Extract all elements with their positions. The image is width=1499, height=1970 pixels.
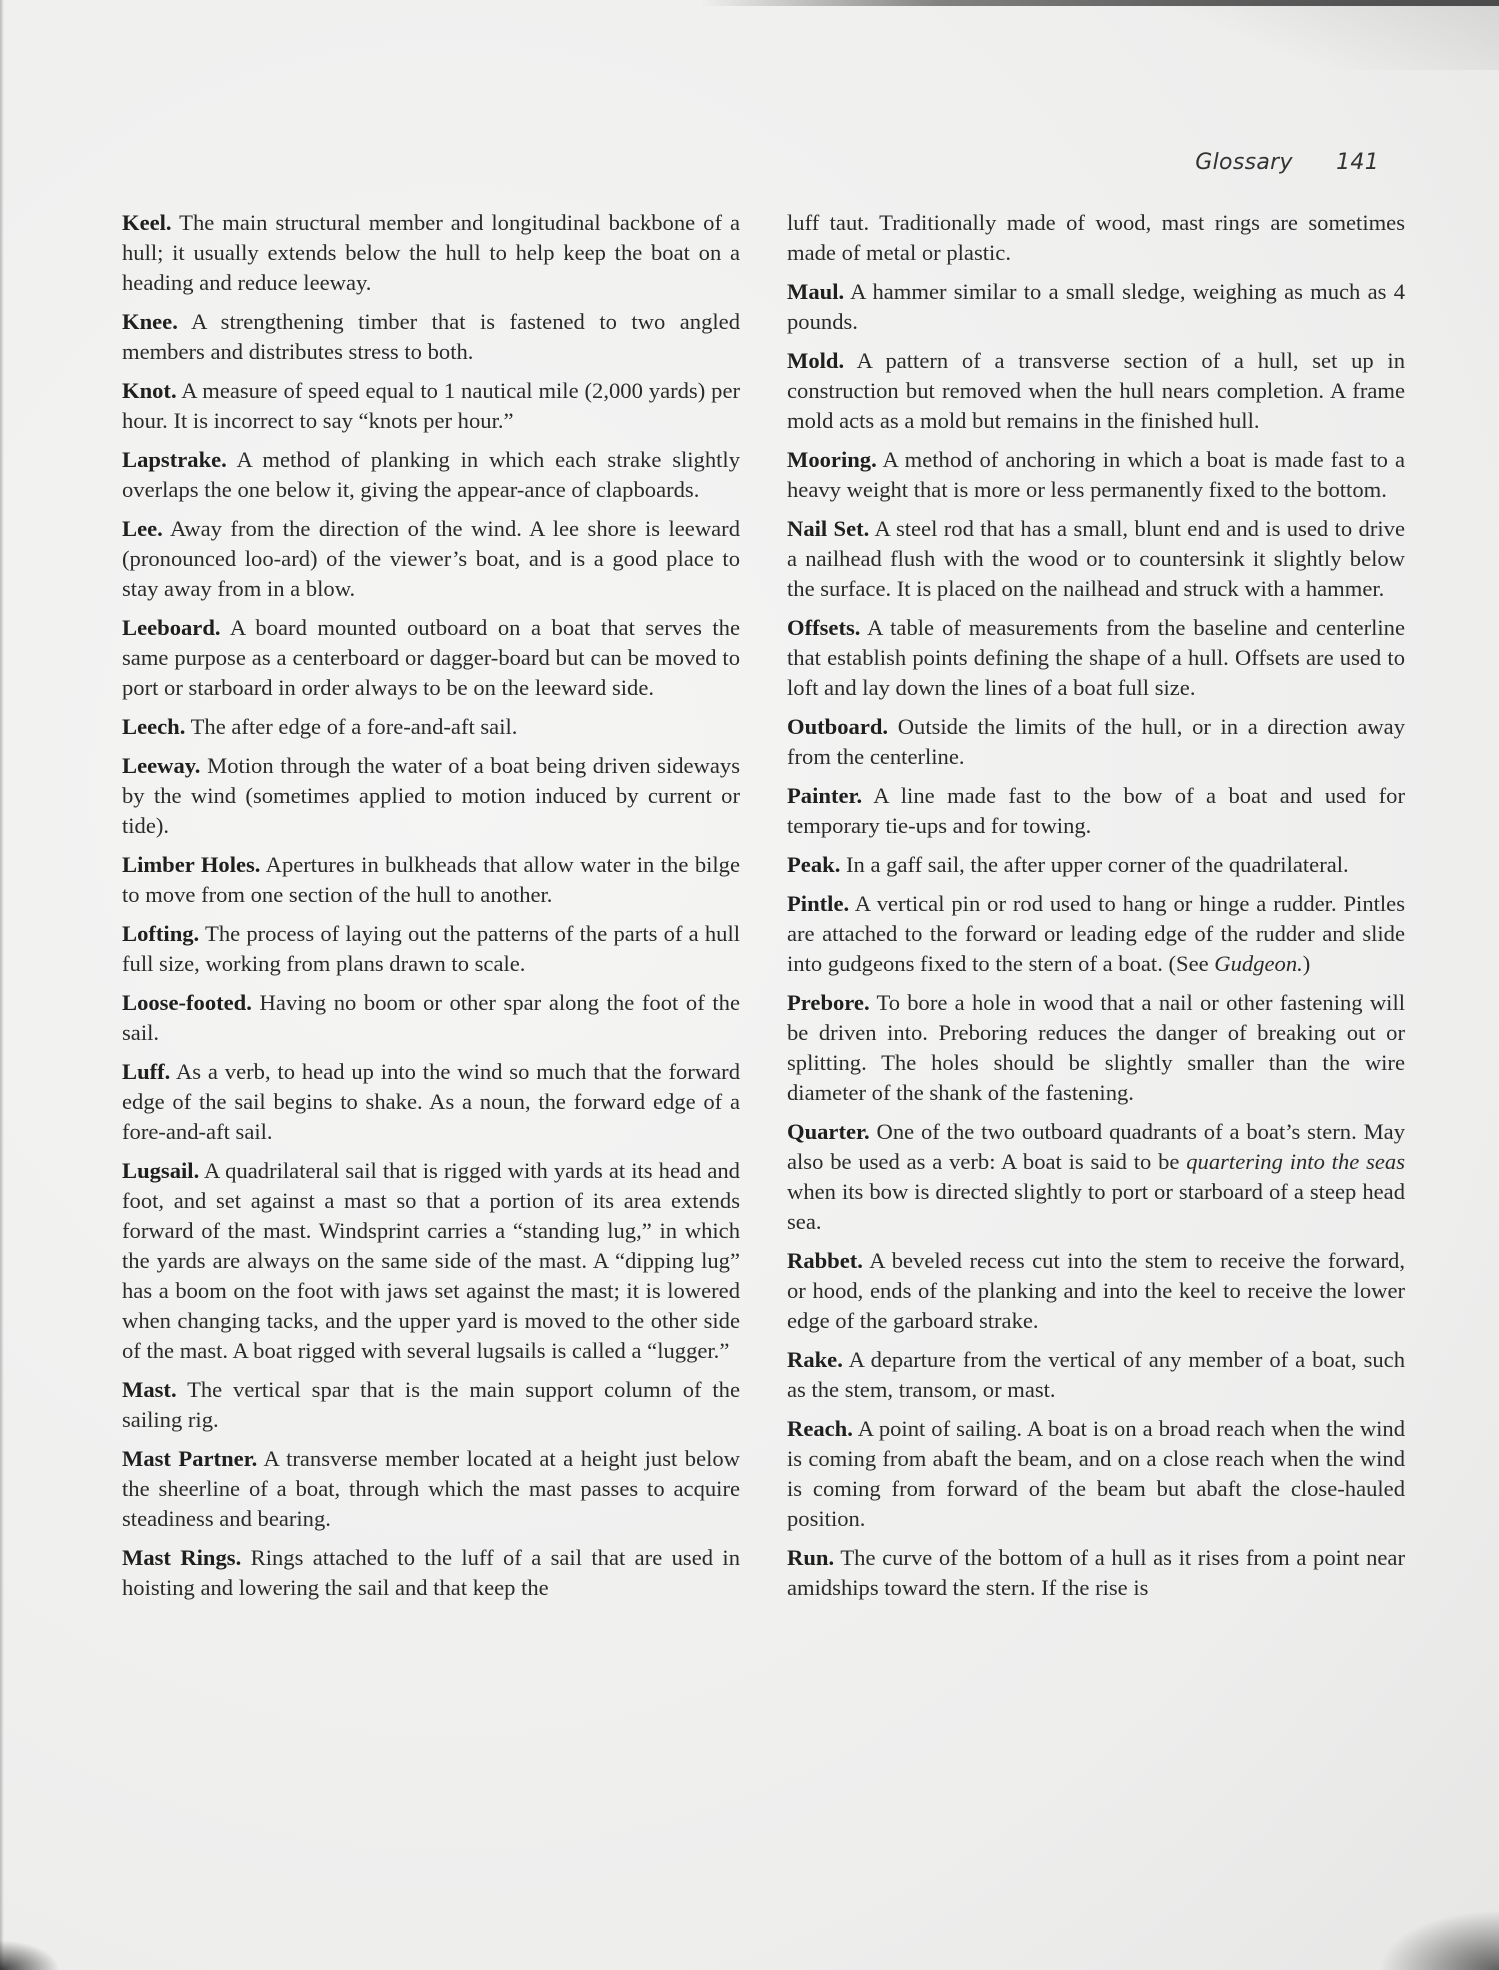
entry-definition: Motion through the water of a boat being… xyxy=(122,753,740,838)
entry-term: Rake. xyxy=(787,1347,843,1372)
glossary-entry-nail-set: Nail Set. A steel rod that has a small, … xyxy=(787,514,1405,604)
entry-term: Keel. xyxy=(122,210,172,235)
scan-bottom-right-shadow xyxy=(1379,1910,1499,1970)
entry-term: Outboard. xyxy=(787,714,888,739)
entry-term: Mooring. xyxy=(787,447,877,472)
glossary-entry-prebore: Prebore. To bore a hole in wood that a n… xyxy=(787,988,1405,1108)
glossary-entry-rabbet: Rabbet. A beveled recess cut into the st… xyxy=(787,1246,1405,1336)
glossary-entry-loose-footed: Loose-footed. Having no boom or other sp… xyxy=(122,988,740,1048)
entry-definition: The main structural member and longitudi… xyxy=(122,210,740,295)
glossary-entry-leeway: Leeway. Motion through the water of a bo… xyxy=(122,751,740,841)
right-column: luff taut. Traditionally made of wood, m… xyxy=(787,208,1405,1612)
entry-term: Reach. xyxy=(787,1416,853,1441)
entry-term: Mast Rings. xyxy=(122,1545,241,1570)
entry-term: Lapstrake. xyxy=(122,447,227,472)
entry-definition: A method of anchoring in which a boat is… xyxy=(787,447,1405,502)
entry-term: Prebore. xyxy=(787,990,870,1015)
entry-definition-tail: when its bow is directed slightly to por… xyxy=(787,1179,1405,1234)
entry-term: Loose-footed. xyxy=(122,990,252,1015)
entry-term: Maul. xyxy=(787,279,844,304)
entry-term: Knee. xyxy=(122,309,178,334)
entry-term: Luff. xyxy=(122,1059,170,1084)
glossary-entry-reach: Reach. A point of sailing. A boat is on … xyxy=(787,1414,1405,1534)
entry-term: Mold. xyxy=(787,348,844,373)
entry-term: Rabbet. xyxy=(787,1248,863,1273)
entry-definition: A vertical pin or rod used to hang or hi… xyxy=(787,891,1405,976)
glossary-entry-mast-partner: Mast Partner. A transverse member locate… xyxy=(122,1444,740,1534)
glossary-entry-lugsail: Lugsail. A quadrilateral sail that is ri… xyxy=(122,1156,740,1366)
entry-definition: The process of laying out the patterns o… xyxy=(122,921,740,976)
glossary-entry-mast: Mast. The vertical spar that is the main… xyxy=(122,1375,740,1435)
entry-definition: A steel rod that has a small, blunt end … xyxy=(787,516,1405,601)
entry-definition: A line made fast to the bow of a boat an… xyxy=(787,783,1405,838)
section-title: Glossary xyxy=(1195,150,1293,175)
entry-term: Quarter. xyxy=(787,1119,870,1144)
entry-term: Lee. xyxy=(122,516,163,541)
italic-phrase: quartering into the seas xyxy=(1186,1149,1405,1174)
entry-term: Peak. xyxy=(787,852,840,877)
entry-term: Painter. xyxy=(787,783,862,808)
entry-term: Lofting. xyxy=(122,921,199,946)
glossary-entry-limber-holes: Limber Holes. Apertures in bulkheads tha… xyxy=(122,850,740,910)
book-page: Glossary 141 Keel. The main structural m… xyxy=(0,0,1499,1970)
glossary-entry-painter: Painter. A line made fast to the bow of … xyxy=(787,781,1405,841)
entry-term: Run. xyxy=(787,1545,834,1570)
glossary-entry-keel: Keel. The main structural member and lon… xyxy=(122,208,740,298)
scan-bottom-left-shadow xyxy=(0,1940,60,1970)
glossary-entry-outboard: Outboard. Outside the limits of the hull… xyxy=(787,712,1405,772)
entry-definition: A strengthening timber that is fastened … xyxy=(122,309,740,364)
glossary-entry-rake: Rake. A departure from the vertical of a… xyxy=(787,1345,1405,1405)
scan-corner-shading xyxy=(1079,0,1499,70)
glossary-entry-lofting: Lofting. The process of laying out the p… xyxy=(122,919,740,979)
scan-left-edge xyxy=(0,0,4,1970)
glossary-entry-knot: Knot. A measure of speed equal to 1 naut… xyxy=(122,376,740,436)
entry-definition: The after edge of a fore-and-aft sail. xyxy=(191,714,518,739)
glossary-entry-peak: Peak. In a gaff sail, the after upper co… xyxy=(787,850,1405,880)
running-head: Glossary 141 xyxy=(1195,150,1379,175)
entry-definition: A pattern of a transverse section of a h… xyxy=(787,348,1405,433)
entry-definition: The vertical spar that is the main suppo… xyxy=(122,1377,740,1432)
glossary-entry-mold: Mold. A pattern of a transverse section … xyxy=(787,346,1405,436)
glossary-entry-lee: Lee. Away from the direction of the wind… xyxy=(122,514,740,604)
glossary-entry-knee: Knee. A strengthening timber that is fas… xyxy=(122,307,740,367)
entry-term: Offsets. xyxy=(787,615,860,640)
glossary-entry-run: Run. The curve of the bottom of a hull a… xyxy=(787,1543,1405,1603)
glossary-entry-quarter: Quarter. One of the two outboard quadran… xyxy=(787,1117,1405,1237)
entry-definition: A departure from the vertical of any mem… xyxy=(787,1347,1405,1402)
entry-term: Knot. xyxy=(122,378,177,403)
glossary-entry-luff: Luff. As a verb, to head up into the win… xyxy=(122,1057,740,1147)
entry-definition: A quadrilateral sail that is rigged with… xyxy=(122,1158,740,1363)
entry-term: Limber Holes. xyxy=(122,852,260,877)
glossary-entry-leeboard: Leeboard. A board mounted outboard on a … xyxy=(122,613,740,703)
entry-definition: A table of measurements from the baselin… xyxy=(787,615,1405,700)
entry-term: Leeboard. xyxy=(122,615,221,640)
glossary-entry-leech: Leech. The after edge of a fore-and-aft … xyxy=(122,712,740,742)
left-column: Keel. The main structural member and lon… xyxy=(122,208,740,1612)
entry-term: Leech. xyxy=(122,714,185,739)
entry-term: Lugsail. xyxy=(122,1158,199,1183)
glossary-entry-pintle: Pintle. A vertical pin or rod used to ha… xyxy=(787,889,1405,979)
glossary-entry-continuation: luff taut. Traditionally made of wood, m… xyxy=(787,208,1405,268)
cross-reference: Gudgeon. xyxy=(1214,951,1302,976)
entry-definition: A beveled recess cut into the stem to re… xyxy=(787,1248,1405,1333)
entry-definition: A point of sailing. A boat is on a broad… xyxy=(787,1416,1405,1531)
entry-term: Pintle. xyxy=(787,891,849,916)
glossary-entry-offsets: Offsets. A table of measurements from th… xyxy=(787,613,1405,703)
entry-definition: In a gaff sail, the after upper corner o… xyxy=(846,852,1349,877)
entry-definition: A hammer similar to a small sledge, weig… xyxy=(787,279,1405,334)
glossary-entry-lapstrake: Lapstrake. A method of planking in which… xyxy=(122,445,740,505)
entry-definition: The curve of the bottom of a hull as it … xyxy=(787,1545,1405,1600)
glossary-entry-maul: Maul. A hammer similar to a small sledge… xyxy=(787,277,1405,337)
glossary-entry-mooring: Mooring. A method of anchoring in which … xyxy=(787,445,1405,505)
entry-definition: To bore a hole in wood that a nail or ot… xyxy=(787,990,1405,1105)
glossary-entry-mast-rings: Mast Rings. Rings attached to the luff o… xyxy=(122,1543,740,1603)
entry-term: Mast Partner. xyxy=(122,1446,257,1471)
entry-term: Mast. xyxy=(122,1377,177,1402)
entry-definition: As a verb, to head up into the wind so m… xyxy=(122,1059,740,1144)
entry-definition-tail: ) xyxy=(1303,951,1311,976)
entry-term: Nail Set. xyxy=(787,516,869,541)
entry-term: Leeway. xyxy=(122,753,200,778)
page-number: 141 xyxy=(1336,150,1379,175)
entry-definition: A measure of speed equal to 1 nautical m… xyxy=(122,378,740,433)
entry-definition: Away from the direction of the wind. A l… xyxy=(122,516,740,601)
